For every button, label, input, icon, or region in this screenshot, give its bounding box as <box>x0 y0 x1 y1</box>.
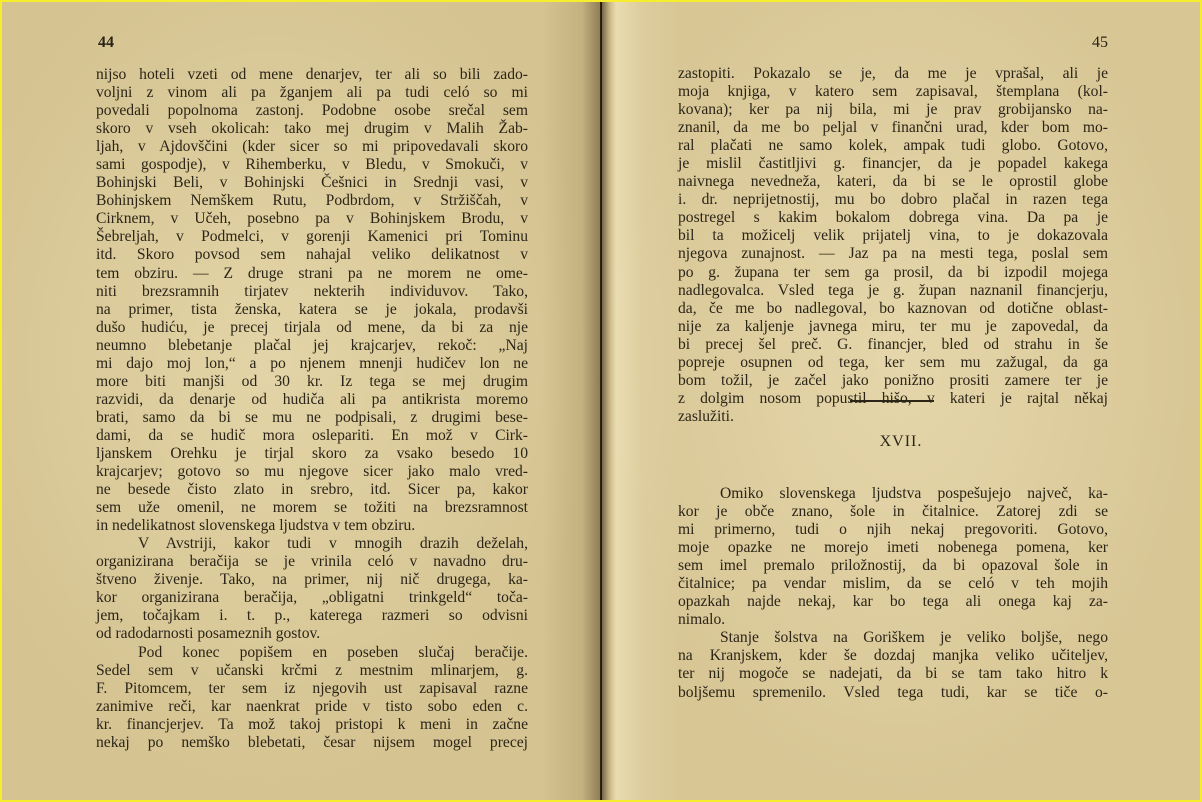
text-line: F. Pitomcem, ter sem iz njegovih ust zap… <box>96 680 528 698</box>
text-line: njegova zunajnost. — Jaz pa na mesti teg… <box>678 245 1108 263</box>
text-line: nadlegovalca. Vsled tega je g. župan naz… <box>678 282 1108 300</box>
page-number-right: 45 <box>1092 34 1108 52</box>
text-line: povedali popolnoma zastonj. Podobne osob… <box>96 102 528 120</box>
paragraph-start-line: V Avstriji, kakor tudi v mnogih drazih d… <box>96 535 528 553</box>
text-line: sem imel premalo priložnostij, da bi opa… <box>678 557 1108 575</box>
text-line: Sedel sem v učanski krčmi z mestnim mlin… <box>96 662 528 680</box>
text-line: jem, točajkam i. t. p., katerega razmeri… <box>96 607 528 625</box>
text-line: voljni z vinom ali pa žganjem ali pa tud… <box>96 84 528 102</box>
text-line: postregel s kakim bokalom dobrega vina. … <box>678 209 1108 227</box>
text-line: kovana); ker pa nij bila, mi je prav gro… <box>678 101 1108 119</box>
text-line: itd. Skoro povsod sem nahajal veliko del… <box>96 246 528 264</box>
text-line: nije za kaljenje javnega miru, ter mu je… <box>678 318 1108 336</box>
text-line: je mislil častitljivi g. financjer, da j… <box>678 155 1108 173</box>
text-line: mi dajo moj lon,“ a po njenem mnenji hud… <box>96 355 528 373</box>
text-line: od radodarnosti posameznih gostov. <box>96 625 528 643</box>
section-body: Omiko slovenskega ljudstva pospešujejo n… <box>678 485 1108 702</box>
text-line: kr. financjerjev. Ta mož takoj pristopi … <box>96 716 528 734</box>
text-line: bom tožil, je začel jako ponižno prositi… <box>678 372 1108 390</box>
text-line: sem uže omenil, ne morem se tožiti na br… <box>96 499 528 517</box>
text-line: more biti manjši od 30 kr. Iz tega se me… <box>96 373 528 391</box>
text-line: popreje osupnen od tega, ker sem mu zažu… <box>678 354 1108 372</box>
text-line: Bohinjski Beli, v Bohinjski Češnici in S… <box>96 174 528 192</box>
text-line: zastopiti. Pokazalo se je, da me je vpra… <box>678 65 1108 83</box>
text-line: na Kranjskem, kder še dozdaj manjka veli… <box>678 647 1108 665</box>
text-line: Cirknem, v Učeh, posebno pa v Bohinjskem… <box>96 210 528 228</box>
text-line: opazkah najde nekaj, kar bo tega ali one… <box>678 593 1108 611</box>
text-line: znanil, da me bo peljal v finančni urad,… <box>678 119 1108 137</box>
text-line: i. dr. neprijetnostij, mu bo dobro plača… <box>678 191 1108 209</box>
left-page: 44 nijso hoteli vzeti od mene denarjev, … <box>2 2 602 800</box>
text-line: moje opazke ne morejo imeti nobenega pom… <box>678 539 1108 557</box>
text-line: brati, samo da bi se mu ne podpisali, z … <box>96 409 528 427</box>
text-line: štveno živenje. Tako, na primer, nij nič… <box>96 571 528 589</box>
text-line: dami, da se hudič mora oslepariti. En mo… <box>96 427 528 445</box>
text-line: ral plačati ne samo kolek, ampak tudi gl… <box>678 137 1108 155</box>
text-line: niti brezsramnih tirjatev nekterih indiv… <box>96 283 528 301</box>
text-line: bi precej šel preč. G. financjer, bled o… <box>678 336 1108 354</box>
paragraph-start-line: Stanje šolstva na Goriškem je veliko bol… <box>678 629 1108 647</box>
text-line: ne besede čisto zlato in srebro, itd. Si… <box>96 481 528 499</box>
text-line: in nedelikatnost slovenskega ljudstva v … <box>96 517 528 535</box>
text-line: zanimive reči, kar naenkrat pride v tist… <box>96 698 528 716</box>
text-line: boljšemu spremenilo. Vsled tega tudi, ka… <box>678 684 1108 702</box>
text-line: nekaj po nemško blebetati, česar nijsem … <box>96 734 528 752</box>
text-line: ljanskem Orehku je tirjal skoro za vsako… <box>96 445 528 463</box>
text-line: zaslužiti. <box>678 408 1108 426</box>
text-line: krajcarjev; gotovo so mu njegove sicer j… <box>96 463 528 481</box>
text-line: tem obziru. — Z druge strani pa ne morem… <box>96 265 528 283</box>
left-page-body: nijso hoteli vzeti od mene denarjev, ter… <box>96 66 528 752</box>
paragraph-start-line: Omiko slovenskega ljudstva pospešujejo n… <box>678 485 1108 503</box>
text-line: kor organizirana beračija, „obligatni tr… <box>96 589 528 607</box>
right-page-body: zastopiti. Pokazalo se je, da me je vpra… <box>678 65 1108 426</box>
text-line: nimalo. <box>678 611 1108 629</box>
text-line: mi primerno, tudi o njih nekaj pregovori… <box>678 521 1108 539</box>
section-divider <box>850 400 934 402</box>
text-line: da, če me bo nadlegoval, bo kaznovan od … <box>678 300 1108 318</box>
text-line: bil ta možicelj velik prijatelj vina, to… <box>678 227 1108 245</box>
text-line: na primer, tista ženska, katera se je jo… <box>96 301 528 319</box>
text-line: ljah, v Ajdovščini (kder sicer so mi pri… <box>96 138 528 156</box>
text-line: Bohinjskem Nemškem Rutu, Podbrdom, v Str… <box>96 192 528 210</box>
text-line: moja knjiga, v katero sem zapisaval, šte… <box>678 83 1108 101</box>
text-line: naivnega nevedneža, kateri, da bi se le … <box>678 173 1108 191</box>
section-heading: XVII. <box>602 433 1200 451</box>
paragraph-start-line: Pod konec popišem en poseben slučaj bera… <box>96 644 528 662</box>
page-number-left: 44 <box>98 34 114 52</box>
right-page: 45 zastopiti. Pokazalo se je, da me je v… <box>602 2 1200 800</box>
text-line: Šebreljah, v Podmelci, v gorenji Kamenic… <box>96 228 528 246</box>
text-line: kor je obče znano, šole in čitalnice. Za… <box>678 503 1108 521</box>
text-line: razvidi, da denarje od hudiča ali pa ant… <box>96 391 528 409</box>
text-line: ter nij mogoče se nadejati, da bi se tam… <box>678 665 1108 683</box>
book-spread: 44 nijso hoteli vzeti od mene denarjev, … <box>2 2 1200 800</box>
text-line: sami gospodje), v Rihemberku, v Bledu, v… <box>96 156 528 174</box>
text-line: neumno blebetanje plačal jej krajcarjev,… <box>96 337 528 355</box>
text-line: nijso hoteli vzeti od mene denarjev, ter… <box>96 66 528 84</box>
text-line: dušo hudiću, je precej tirjala od mene, … <box>96 319 528 337</box>
text-line: čitalnice; pa vendar mislim, da se celó … <box>678 575 1108 593</box>
text-line: z dolgim nosom popustil hišo, v kateri j… <box>678 390 1108 408</box>
text-line: skoro v vseh okolicah: tako mej drugim v… <box>96 120 528 138</box>
text-line: po g. župana ter sem ga prosil, da bi iz… <box>678 264 1108 282</box>
text-line: organizirana beračija se je vrinila celó… <box>96 553 528 571</box>
